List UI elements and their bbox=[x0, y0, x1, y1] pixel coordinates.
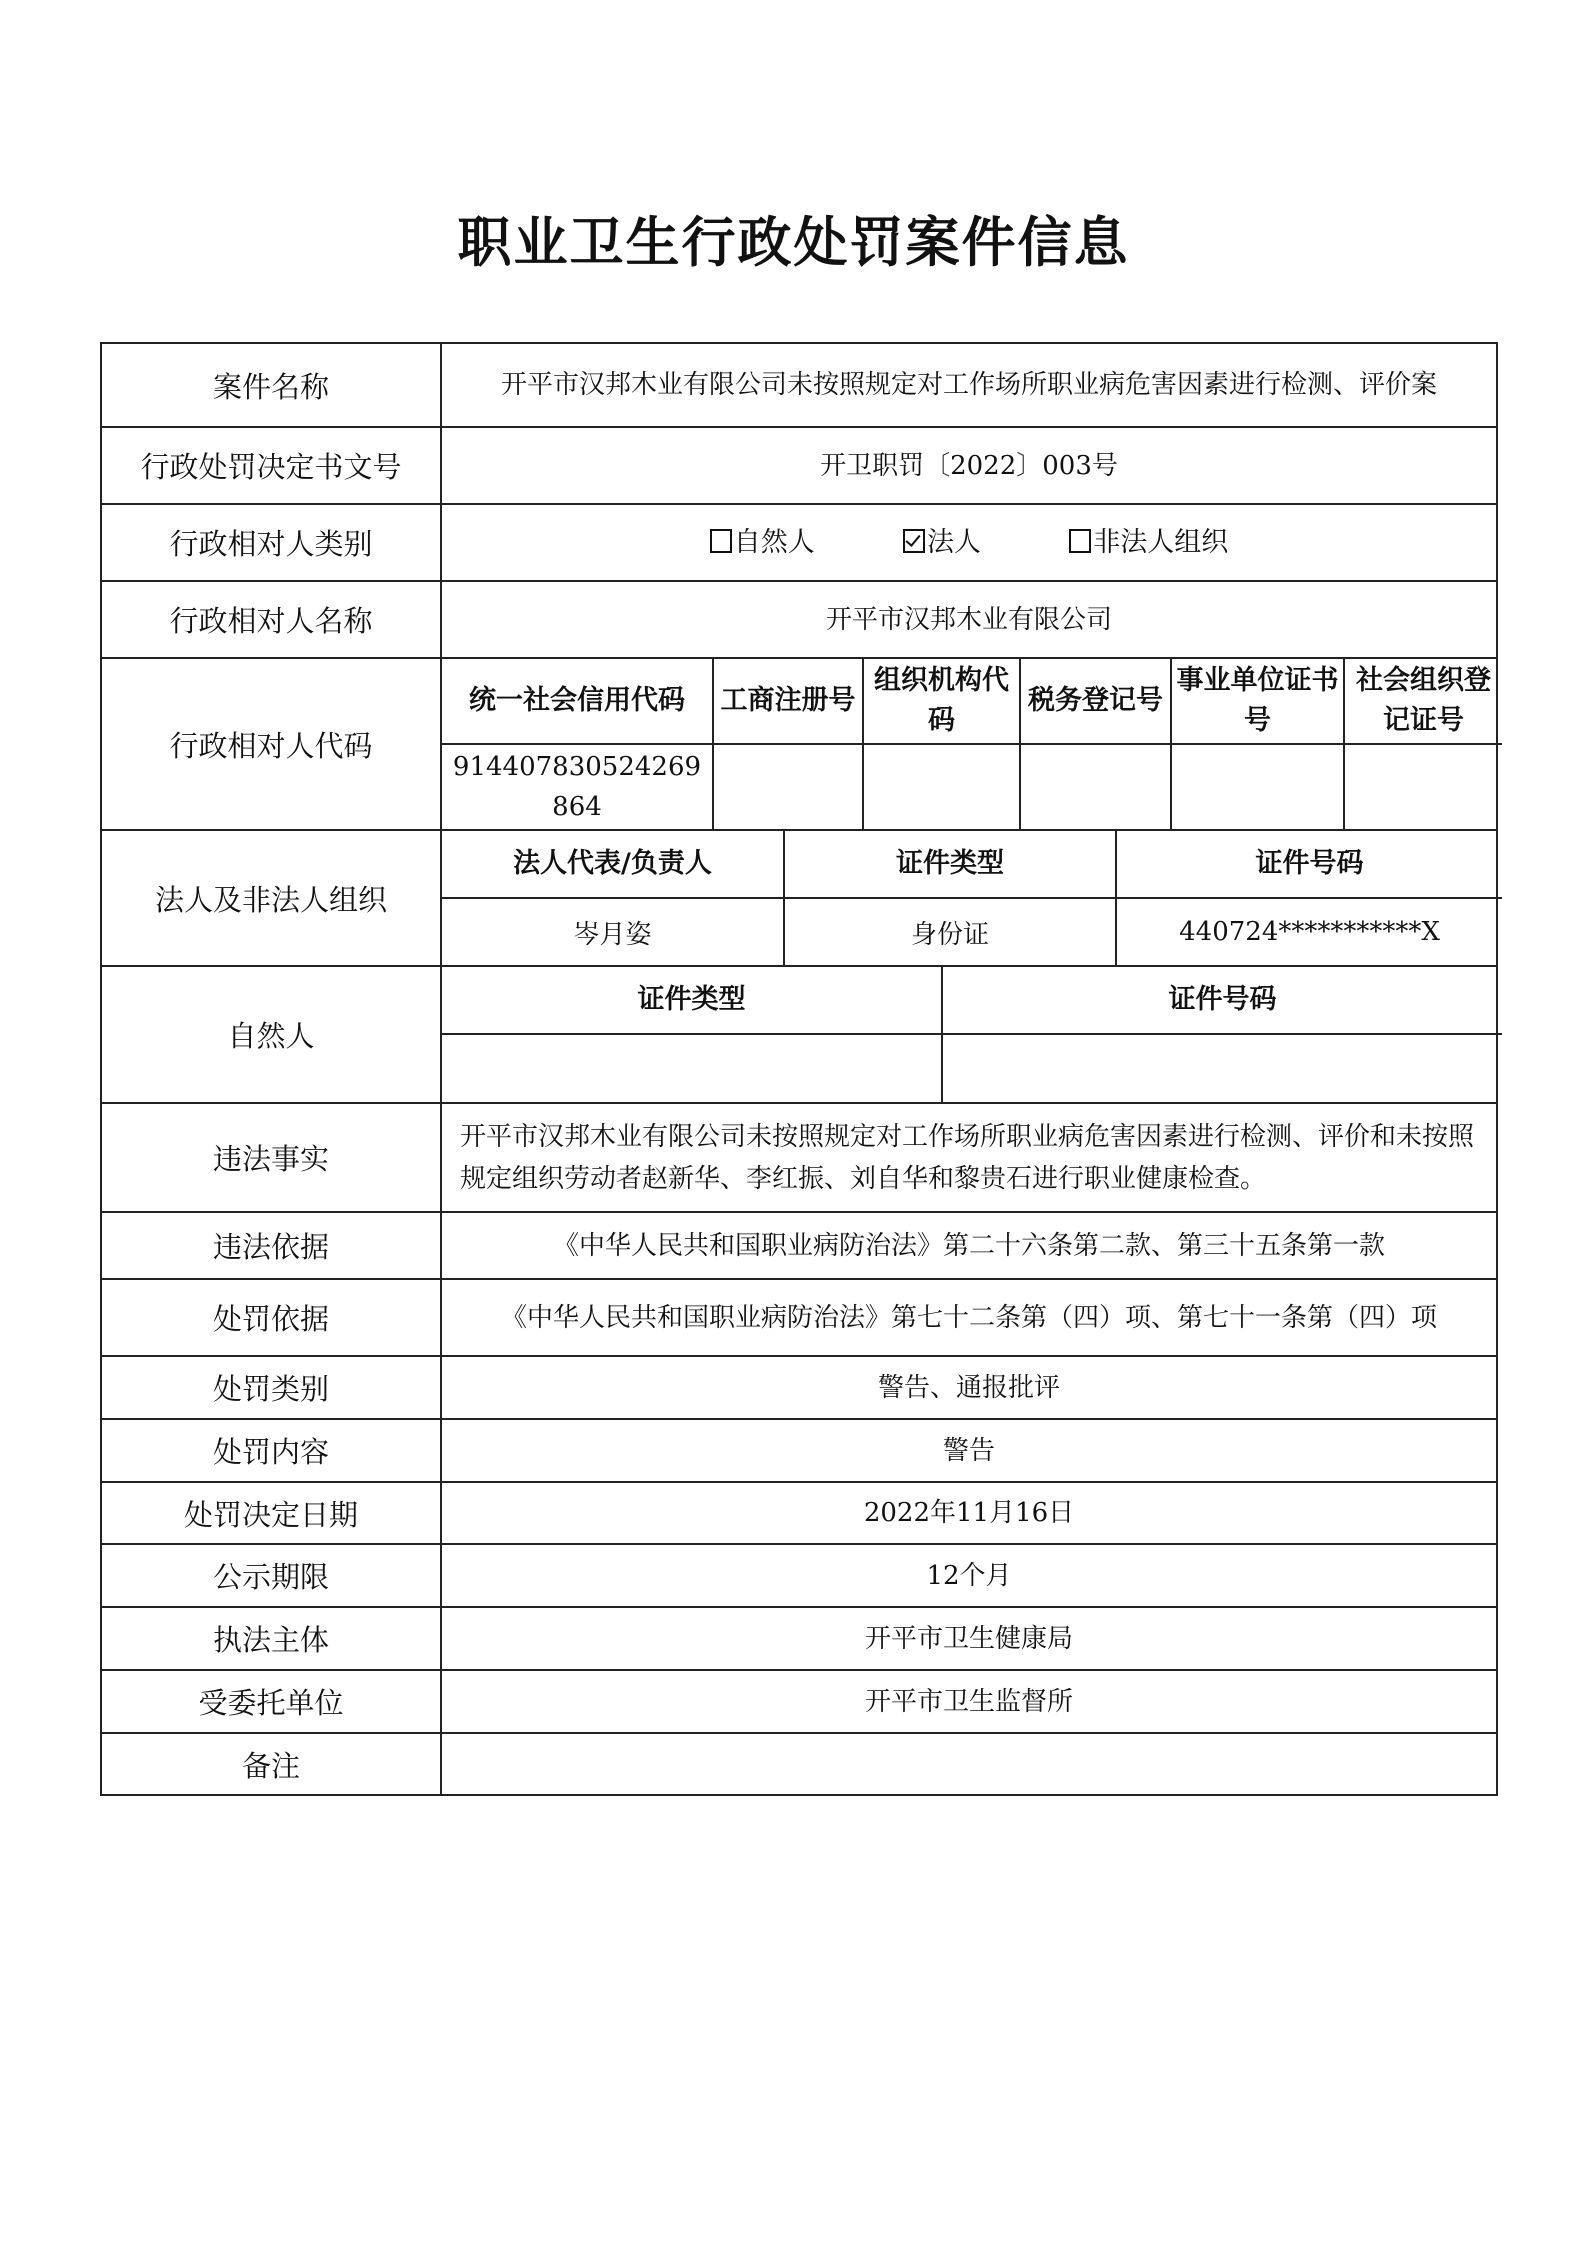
value-np-id-type bbox=[442, 1034, 942, 1102]
value-decision-date: 2022年11月16日 bbox=[441, 1482, 1497, 1544]
value-id-number: 440724***********X bbox=[1116, 898, 1502, 965]
row-party-code: 行政相对人代码 统一社会信用代码 工商注册号 组织机构代码 税务登记号 事业单位… bbox=[101, 658, 1497, 830]
value-org-code bbox=[863, 744, 1020, 829]
header-id-number: 证件号码 bbox=[1116, 831, 1502, 898]
value-legal-rep: 岑月姿 bbox=[442, 898, 784, 965]
row-entrusted-unit: 受委托单位 开平市卫生监督所 bbox=[101, 1670, 1497, 1733]
label-entrusted-unit: 受委托单位 bbox=[101, 1670, 441, 1733]
checkbox-unincorporated-org[interactable]: 非法人组织 bbox=[1069, 523, 1228, 563]
label-party-name: 行政相对人名称 bbox=[101, 581, 441, 658]
row-violation-basis: 违法依据 《中华人民共和国职业病防治法》第二十六条第二款、第三十五条第一款 bbox=[101, 1212, 1497, 1279]
header-business-reg-no: 工商注册号 bbox=[713, 659, 863, 744]
value-publicity-period: 12个月 bbox=[441, 1544, 1497, 1607]
header-tax-reg-no: 税务登记号 bbox=[1020, 659, 1171, 744]
label-legal-entity: 法人及非法人组织 bbox=[101, 830, 441, 966]
value-violation-basis: 《中华人民共和国职业病防治法》第二十六条第二款、第三十五条第一款 bbox=[441, 1212, 1497, 1279]
label-decision-no: 行政处罚决定书文号 bbox=[101, 427, 441, 504]
label-facts: 违法事实 bbox=[101, 1103, 441, 1212]
label-penalty-content: 处罚内容 bbox=[101, 1419, 441, 1482]
value-business-reg-no bbox=[713, 744, 863, 829]
party-type-options: 自然人 法人 非法人组织 bbox=[441, 504, 1497, 581]
value-entrusted-unit: 开平市卫生监督所 bbox=[441, 1670, 1497, 1733]
value-np-id-number bbox=[942, 1034, 1502, 1102]
row-penalty-basis: 处罚依据 《中华人民共和国职业病防治法》第七十二条第（四）项、第七十一条第（四）… bbox=[101, 1279, 1497, 1356]
value-enforcement-body: 开平市卫生健康局 bbox=[441, 1607, 1497, 1670]
header-id-type: 证件类型 bbox=[784, 831, 1116, 898]
page-title: 职业卫生行政处罚案件信息 bbox=[0, 200, 1587, 277]
header-np-id-type: 证件类型 bbox=[442, 967, 942, 1034]
party-code-subtable: 统一社会信用代码 工商注册号 组织机构代码 税务登记号 事业单位证书号 社会组织… bbox=[442, 659, 1502, 829]
label-case-name: 案件名称 bbox=[101, 343, 441, 427]
header-legal-rep: 法人代表/负责人 bbox=[442, 831, 784, 898]
natural-person-subtable: 证件类型 证件号码 bbox=[442, 967, 1502, 1102]
header-credit-code: 统一社会信用代码 bbox=[442, 659, 713, 744]
value-case-name: 开平市汉邦木业有限公司未按照规定对工作场所职业病危害因素进行检测、评价案 bbox=[441, 343, 1497, 427]
row-remarks: 备注 bbox=[101, 1733, 1497, 1795]
checked-box-icon bbox=[903, 529, 925, 553]
label-penalty-type: 处罚类别 bbox=[101, 1356, 441, 1419]
row-party-name: 行政相对人名称 开平市汉邦木业有限公司 bbox=[101, 581, 1497, 658]
value-remarks bbox=[441, 1733, 1497, 1795]
value-penalty-basis: 《中华人民共和国职业病防治法》第七十二条第（四）项、第七十一条第（四）项 bbox=[441, 1279, 1497, 1356]
row-legal-entity: 法人及非法人组织 法人代表/负责人 证件类型 证件号码 岑月姿 身份证 4407… bbox=[101, 830, 1497, 966]
value-decision-no: 开卫职罚〔2022〕003号 bbox=[441, 427, 1497, 504]
value-id-type: 身份证 bbox=[784, 898, 1116, 965]
row-decision-no: 行政处罚决定书文号 开卫职罚〔2022〕003号 bbox=[101, 427, 1497, 504]
value-penalty-type: 警告、通报批评 bbox=[441, 1356, 1497, 1419]
checkbox-legal-person[interactable]: 法人 bbox=[903, 523, 981, 563]
value-credit-code: 914407830524269864 bbox=[442, 744, 713, 829]
label-party-code: 行政相对人代码 bbox=[101, 658, 441, 830]
label-penalty-basis: 处罚依据 bbox=[101, 1279, 441, 1356]
value-tax-reg-no bbox=[1020, 744, 1171, 829]
case-info-table: 案件名称 开平市汉邦木业有限公司未按照规定对工作场所职业病危害因素进行检测、评价… bbox=[100, 342, 1498, 1796]
unchecked-box-icon bbox=[710, 529, 732, 553]
label-enforcement-body: 执法主体 bbox=[101, 1607, 441, 1670]
row-natural-person: 自然人 证件类型 证件号码 bbox=[101, 966, 1497, 1103]
row-facts: 违法事实 开平市汉邦木业有限公司未按照规定对工作场所职业病危害因素进行检测、评价… bbox=[101, 1103, 1497, 1212]
label-publicity-period: 公示期限 bbox=[101, 1544, 441, 1607]
value-facts: 开平市汉邦木业有限公司未按照规定对工作场所职业病危害因素进行检测、评价和未按照规… bbox=[441, 1103, 1497, 1212]
value-penalty-content: 警告 bbox=[441, 1419, 1497, 1482]
label-party-type: 行政相对人类别 bbox=[101, 504, 441, 581]
row-case-name: 案件名称 开平市汉邦木业有限公司未按照规定对工作场所职业病危害因素进行检测、评价… bbox=[101, 343, 1497, 427]
value-social-org-reg-no bbox=[1344, 744, 1502, 829]
label-remarks: 备注 bbox=[101, 1733, 441, 1795]
value-institution-cert-no bbox=[1171, 744, 1344, 829]
unchecked-box-icon bbox=[1069, 529, 1091, 553]
header-institution-cert-no: 事业单位证书号 bbox=[1171, 659, 1344, 744]
checkbox-natural-person[interactable]: 自然人 bbox=[710, 523, 815, 563]
row-decision-date: 处罚决定日期 2022年11月16日 bbox=[101, 1482, 1497, 1544]
legal-entity-subtable: 法人代表/负责人 证件类型 证件号码 岑月姿 身份证 440724*******… bbox=[442, 831, 1502, 965]
row-enforcement-body: 执法主体 开平市卫生健康局 bbox=[101, 1607, 1497, 1670]
row-penalty-content: 处罚内容 警告 bbox=[101, 1419, 1497, 1482]
row-publicity-period: 公示期限 12个月 bbox=[101, 1544, 1497, 1607]
row-party-type: 行政相对人类别 自然人 法人 非法人组织 bbox=[101, 504, 1497, 581]
row-penalty-type: 处罚类别 警告、通报批评 bbox=[101, 1356, 1497, 1419]
header-social-org-reg-no: 社会组织登记证号 bbox=[1344, 659, 1502, 744]
label-decision-date: 处罚决定日期 bbox=[101, 1482, 441, 1544]
label-violation-basis: 违法依据 bbox=[101, 1212, 441, 1279]
label-natural-person: 自然人 bbox=[101, 966, 441, 1103]
header-np-id-number: 证件号码 bbox=[942, 967, 1502, 1034]
value-party-name: 开平市汉邦木业有限公司 bbox=[441, 581, 1497, 658]
header-org-code: 组织机构代码 bbox=[863, 659, 1020, 744]
